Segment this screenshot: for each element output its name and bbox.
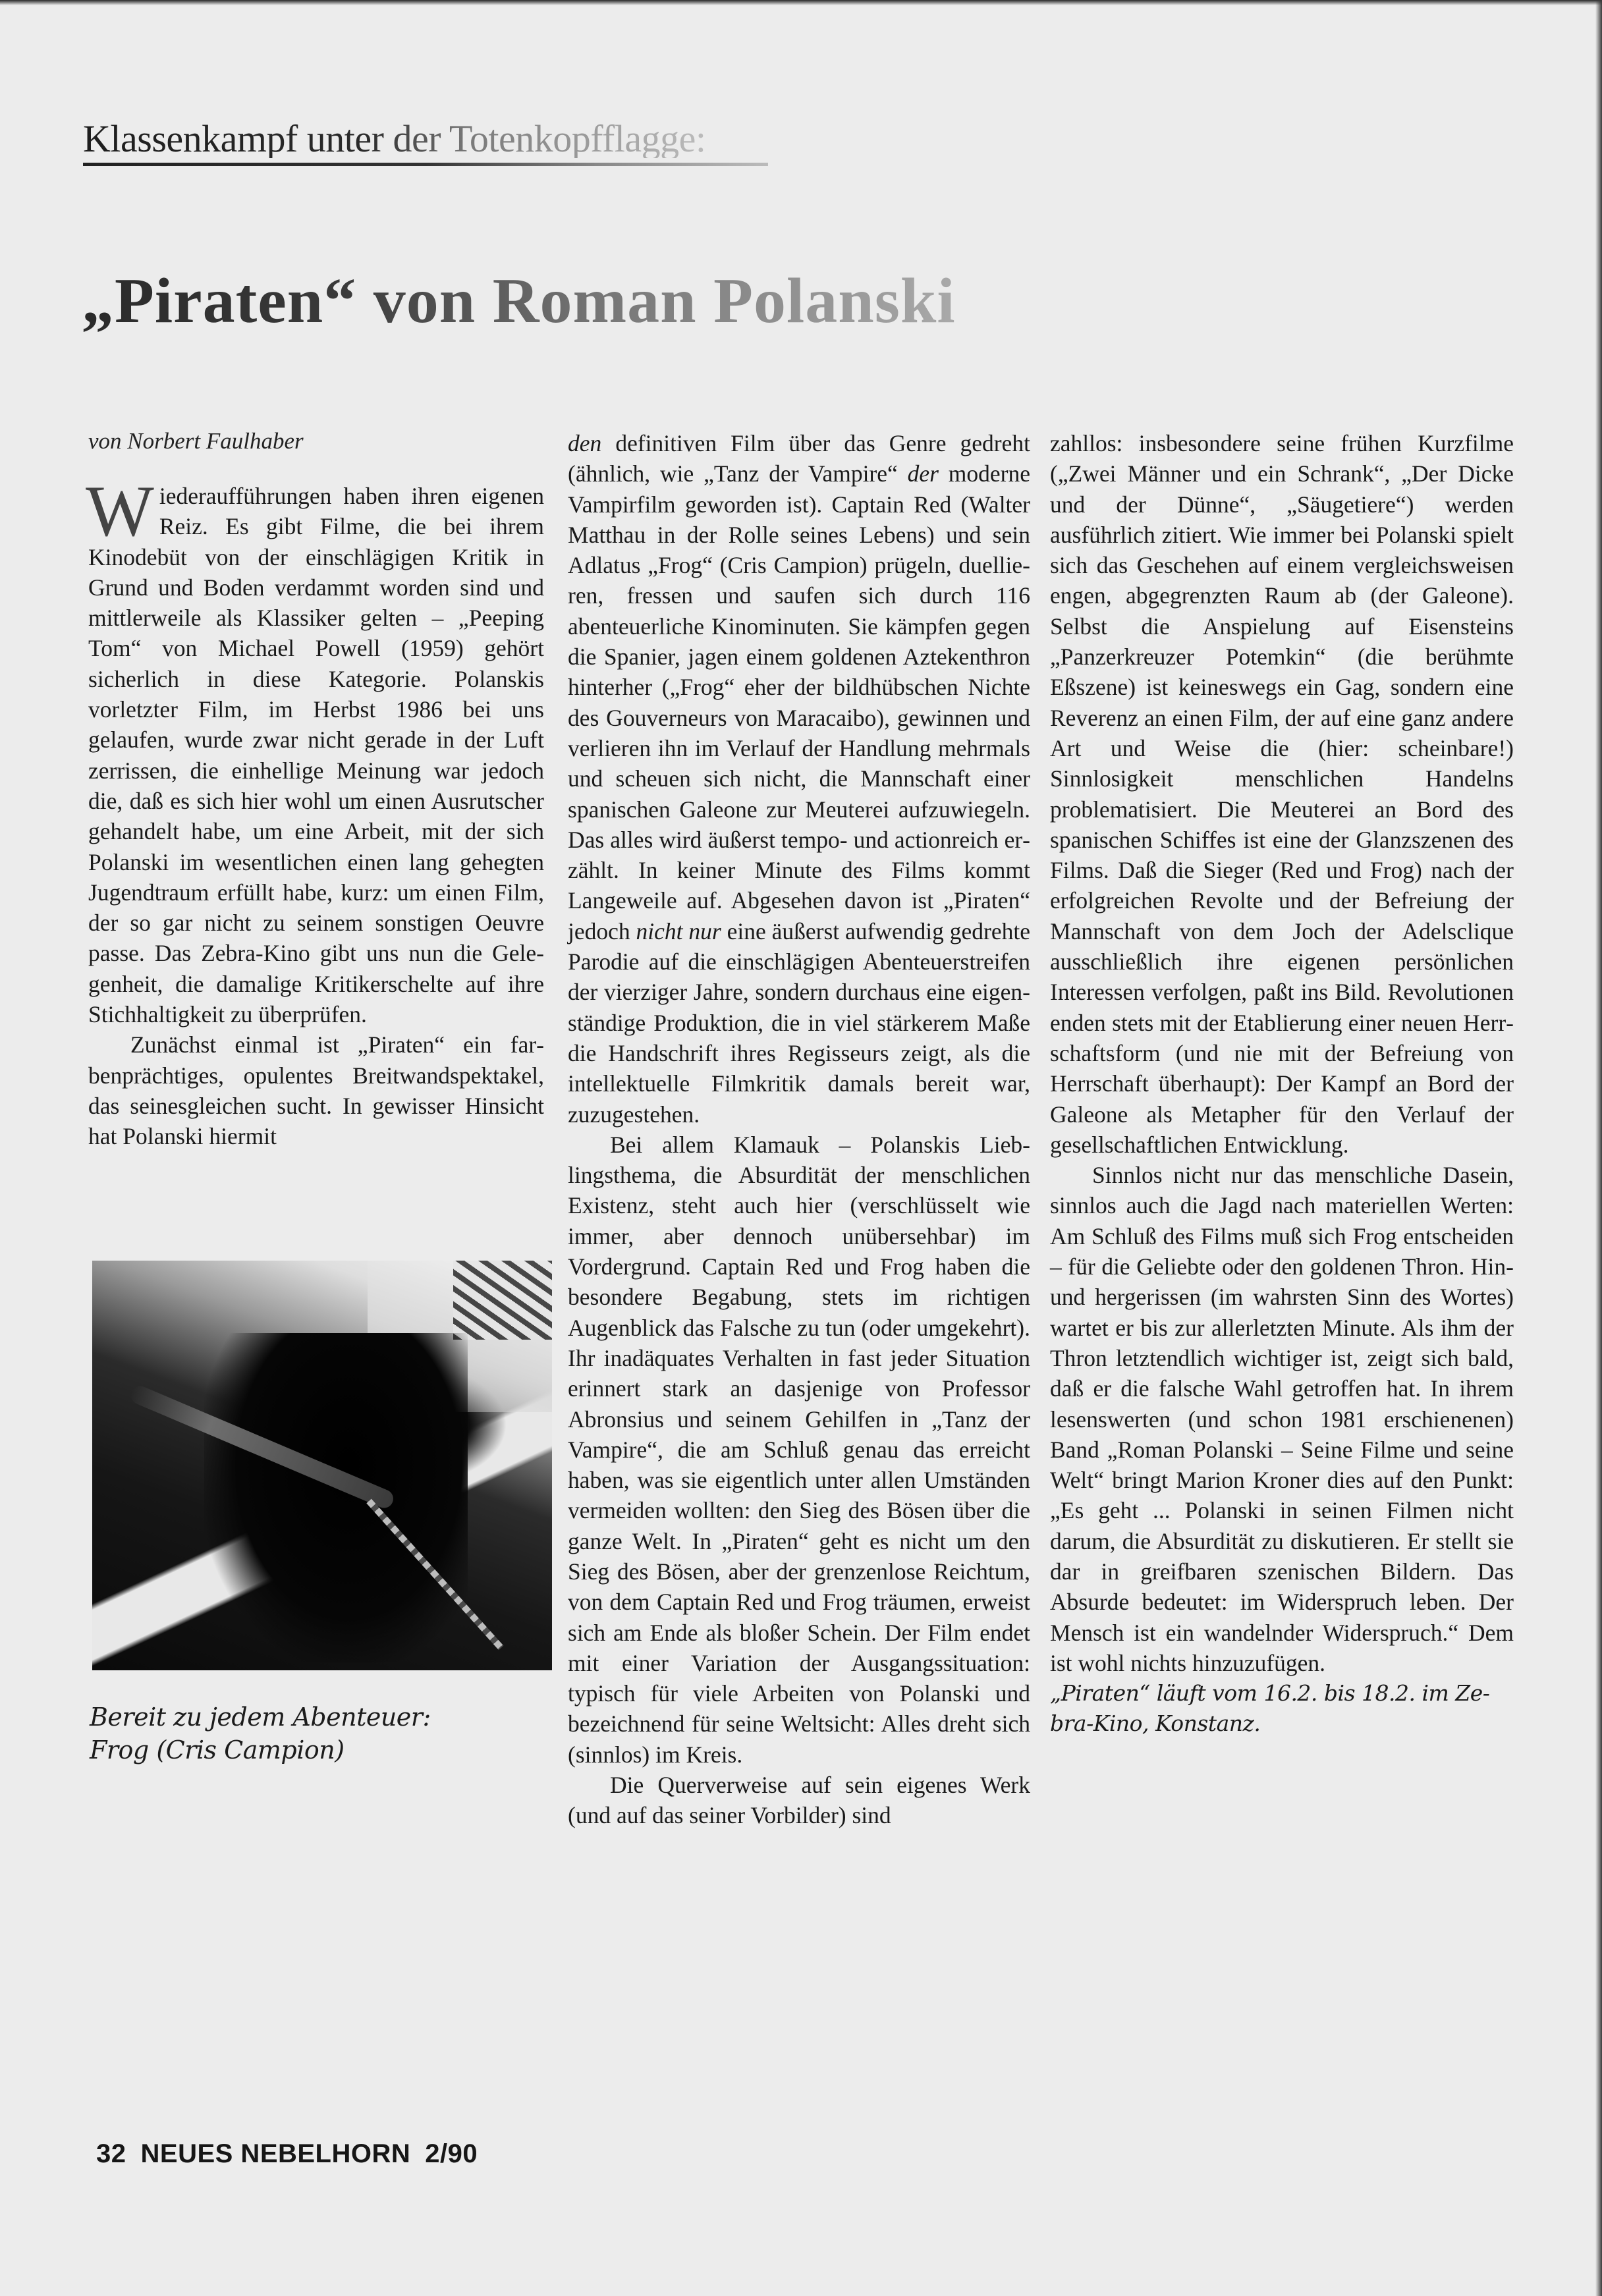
- photo-striped-sail: [453, 1261, 552, 1340]
- page-footer: 32NEUES NEBELHORN2/90: [96, 2139, 492, 2169]
- photo-figure-silhouette: [204, 1333, 468, 1662]
- issue-number: 2/90: [425, 2139, 478, 2168]
- publication-name: NEUES NEBELHORN: [141, 2139, 411, 2168]
- emphasis: den: [568, 430, 601, 456]
- paragraph-text: moderne Vampirfilm geworden ist). Captai…: [568, 460, 1030, 944]
- emphasis: der: [908, 460, 939, 487]
- article-column-3: zahllos: insbesondere seine frühen Kurz­…: [1050, 428, 1514, 1739]
- caption-line: Bereit zu jedem Abenteuer:: [90, 1701, 551, 1734]
- article-column-2: den definitiven Film über das Genre ge­d…: [568, 428, 1030, 1831]
- photo-caption: Bereit zu jedem Abenteuer: Frog (Cris Ca…: [90, 1701, 551, 1766]
- kicker-line: Klassenkampf unter der Totenkopfflagge:: [83, 120, 706, 158]
- page-number: 32: [96, 2139, 126, 2168]
- article-column-1: von Norbert Faulhaber Wiederaufführungen…: [88, 428, 544, 1152]
- scan-edge-top: [0, 0, 1602, 5]
- paragraph: den definitiven Film über das Genre ge­d…: [568, 428, 1030, 1130]
- screening-notice: „Piraten“ läuft vom 16.2. bis 18.2. im Z…: [1050, 1678, 1514, 1739]
- paragraph-text: eine äußerst aufwendig gedrehte Parodie …: [568, 918, 1030, 1128]
- caption-line: Frog (Cris Campion): [90, 1734, 551, 1766]
- kicker-underline: [83, 163, 768, 166]
- paragraph-text: iederaufführungen haben ihren ei­genen R…: [88, 483, 544, 1027]
- paragraph: zahllos: insbesondere seine frühen Kurz­…: [1050, 428, 1514, 1160]
- article-headline: „Piraten“ von Roman Polanski: [82, 269, 956, 333]
- byline: von Norbert Faulhaber: [88, 428, 544, 454]
- emphasis: nicht nur: [636, 918, 721, 944]
- paragraph: Die Querverweise auf sein eigenes Werk (…: [568, 1770, 1030, 1831]
- paragraph: Sinnlos nicht nur das menschliche Da­sei…: [1050, 1160, 1514, 1678]
- paragraph: Wiederaufführungen haben ihren ei­genen …: [88, 481, 544, 1029]
- dropcap: W: [86, 485, 154, 537]
- paragraph: Bei allem Klamauk – Polanskis Lieb­lings…: [568, 1130, 1030, 1770]
- film-still-photo: [92, 1261, 552, 1670]
- scan-edge-right: [1595, 0, 1602, 2296]
- paragraph: Zunächst einmal ist „Piraten“ ein far­be…: [88, 1029, 544, 1151]
